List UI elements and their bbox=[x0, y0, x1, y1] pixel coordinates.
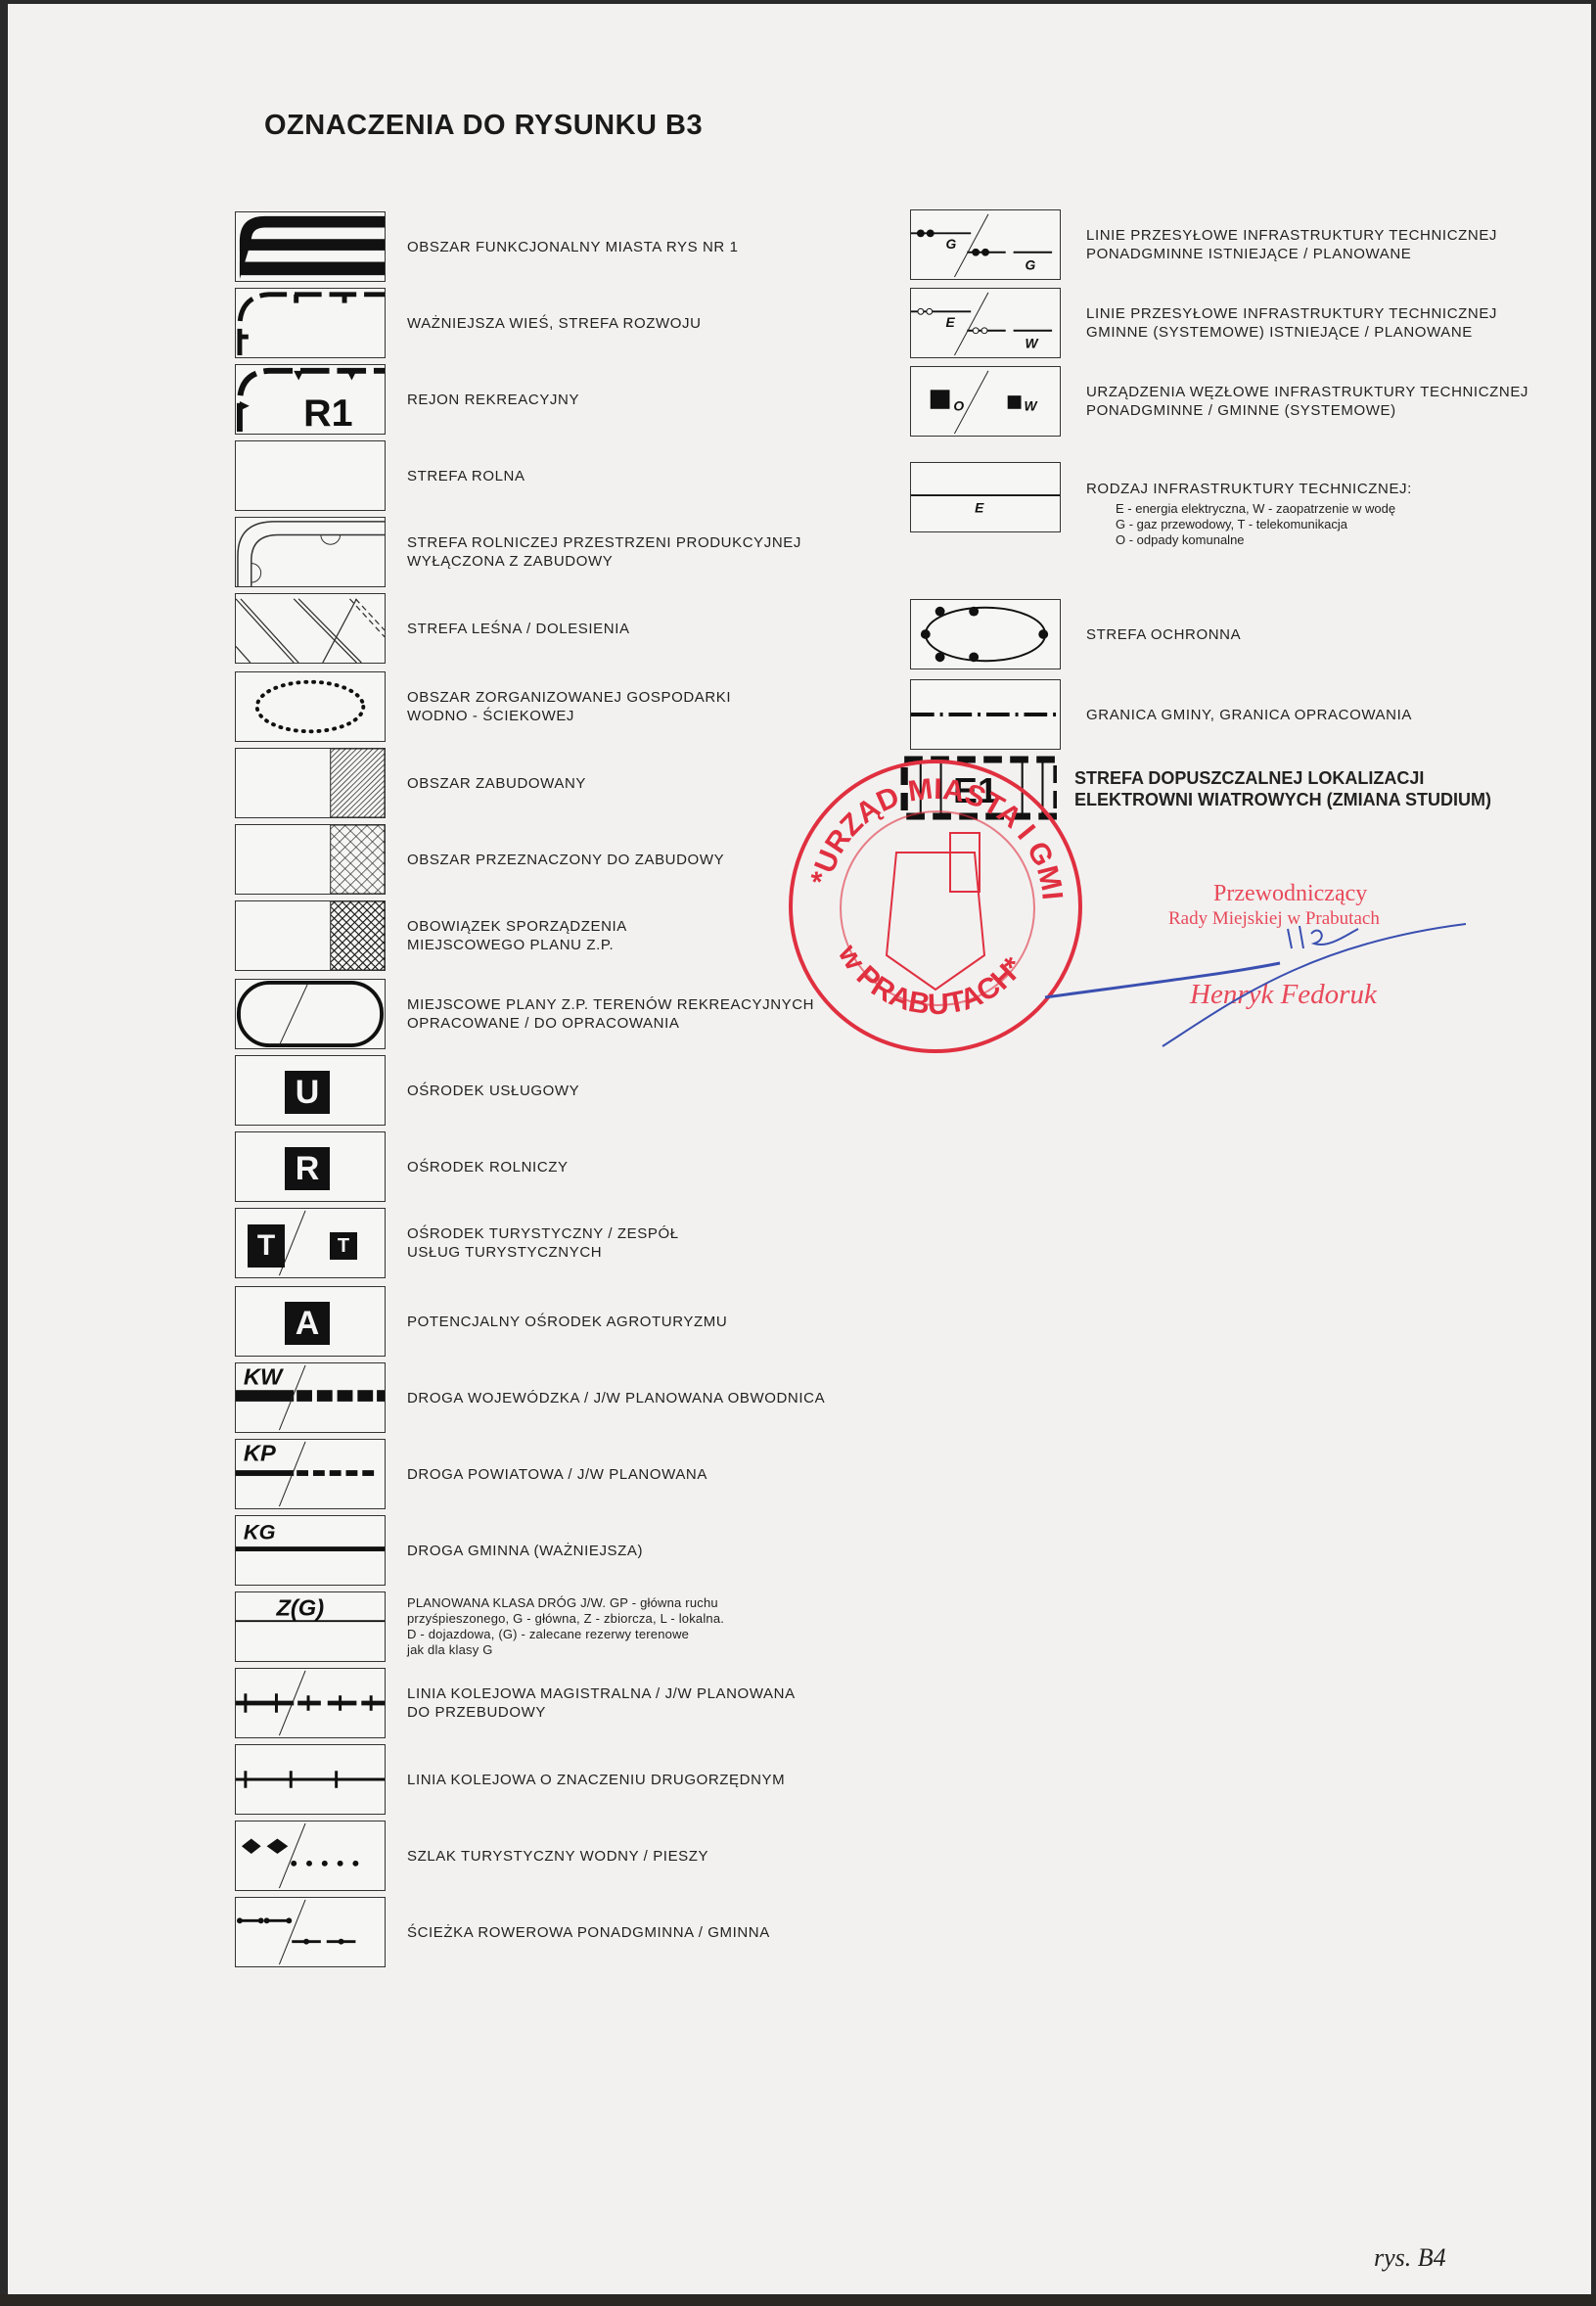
legend-label: OŚRODEK TURYSTYCZNY / ZESPÓŁ USŁUG TURYS… bbox=[407, 1224, 679, 1262]
agrotourism-center-icon: A bbox=[235, 1286, 386, 1357]
main-railway-icon bbox=[235, 1668, 386, 1738]
built-up-area-icon bbox=[235, 748, 386, 818]
supra-municipal-lines-icon: GG bbox=[910, 209, 1061, 280]
bicycle-path-icon bbox=[235, 1897, 386, 1967]
legend-label: STREFA ROLNA bbox=[407, 467, 525, 485]
letter-badge: R bbox=[285, 1147, 330, 1190]
svg-text:KW: KW bbox=[244, 1364, 284, 1390]
svg-text:KG: KG bbox=[244, 1519, 276, 1544]
municipal-road-icon: KG bbox=[235, 1515, 386, 1586]
tourist-trail-icon bbox=[235, 1821, 386, 1891]
infrastructure-type-icon: E bbox=[910, 462, 1061, 532]
letter-badge-small: T bbox=[330, 1232, 357, 1260]
secondary-railway-icon bbox=[235, 1744, 386, 1815]
legend-label: WAŻNIEJSZA WIEŚ, STREFA ROZWOJU bbox=[407, 314, 702, 333]
legend-label: DROGA POWIATOWA / J/W PLANOWANA bbox=[407, 1465, 707, 1484]
scan-edge bbox=[0, 2294, 1596, 2306]
svg-text:O: O bbox=[953, 399, 964, 414]
page-reference: rys. B4 bbox=[1374, 2243, 1446, 2273]
legend-sub-label: O - odpady komunalne bbox=[1116, 532, 1245, 548]
agricultural-zone-icon bbox=[235, 440, 386, 511]
svg-text:*URZĄD MIASTA I GMINY: *URZĄD MIASTA I GMINY bbox=[789, 760, 1069, 901]
legend-label: LINIE PRZESYŁOWE INFRASTRUKTURY TECHNICZ… bbox=[1086, 226, 1497, 263]
page-title: OZNACZENIA DO RYSUNKU B3 bbox=[264, 110, 703, 142]
svg-text:KP: KP bbox=[244, 1441, 276, 1466]
legend-label: LINIE PRZESYŁOWE INFRASTRUKTURY TECHNICZ… bbox=[1086, 304, 1497, 342]
legend-label: OBSZAR PRZEZNACZONY DO ZABUDOWY bbox=[407, 851, 724, 869]
handwritten-signature bbox=[1035, 904, 1476, 1061]
legend-sheet: OZNACZENIA DO RYSUNKU B3 OBSZAR FUNKCJON… bbox=[8, 4, 1591, 2294]
county-road-icon: KP bbox=[235, 1439, 386, 1509]
legend-label: STREFA LEŚNA / DOLESIENIA bbox=[407, 620, 630, 638]
legend-label: STREFA DOPUSZCZALNEJ LOKALIZACJI ELEKTRO… bbox=[1074, 767, 1491, 810]
legend-label: LINIA KOLEJOWA MAGISTRALNA / J/W PLANOWA… bbox=[407, 1684, 796, 1722]
village-development-zone-icon bbox=[235, 288, 386, 358]
functional-area-stripes-icon bbox=[235, 211, 386, 282]
legend-label: OŚRODEK USŁUGOWY bbox=[407, 1082, 579, 1100]
legend-label: OBSZAR FUNKCJONALNY MIASTA RYS NR 1 bbox=[407, 238, 739, 256]
svg-text:W: W bbox=[1024, 399, 1037, 414]
tourist-center-icon: TT bbox=[235, 1208, 386, 1278]
legend-label: STREFA ROLNICZEJ PRZESTRZENI PRODUKCYJNE… bbox=[407, 533, 801, 571]
letter-badge: U bbox=[285, 1071, 330, 1114]
legend-sub-label: E - energia elektryczna, W - zaopatrzeni… bbox=[1116, 501, 1395, 517]
voivodeship-road-icon: KW bbox=[235, 1362, 386, 1433]
legend-label: ŚCIEŻKA ROWEROWA PONADGMINNA / GMINNA bbox=[407, 1923, 770, 1942]
svg-text:E: E bbox=[975, 501, 984, 516]
letter-badge: T bbox=[248, 1224, 285, 1268]
svg-text:W: W bbox=[1025, 336, 1038, 350]
letter-badge: A bbox=[285, 1302, 330, 1345]
svg-text:R1: R1 bbox=[303, 392, 352, 434]
legend-label: RODZAJ INFRASTRUKTURY TECHNICZNEJ: bbox=[1086, 480, 1412, 498]
svg-text:Z(G): Z(G) bbox=[275, 1594, 324, 1620]
legend-label: OBOWIĄZEK SPORZĄDZENIA MIEJSCOWEGO PLANU… bbox=[407, 917, 627, 954]
service-center-icon: U bbox=[235, 1055, 386, 1126]
local-plan-obligation-icon bbox=[235, 900, 386, 971]
road-class-icon: Z(G) bbox=[235, 1591, 386, 1662]
agricultural-production-excluded-icon bbox=[235, 517, 386, 587]
municipal-boundary-icon bbox=[910, 679, 1061, 750]
recreation-local-plans-icon bbox=[235, 979, 386, 1049]
legend-label: SZLAK TURYSTYCZNY WODNY / PIESZY bbox=[407, 1847, 708, 1866]
legend-label: MIEJSCOWE PLANY Z.P. TERENÓW REKREACYJNY… bbox=[407, 995, 814, 1033]
recreation-region-icon: R1 bbox=[235, 364, 386, 435]
legend-label: URZĄDZENIA WĘZŁOWE INFRASTRUKTURY TECHNI… bbox=[1086, 383, 1528, 420]
legend-label: PLANOWANA KLASA DRÓG J/W. GP - główna ru… bbox=[407, 1595, 724, 1658]
signature-title: Przewodniczący bbox=[1213, 881, 1367, 907]
legend-label: STREFA OCHRONNA bbox=[1086, 625, 1241, 644]
legend-sub-label: G - gaz przewodowy, T - telekomunikacja bbox=[1116, 517, 1347, 532]
agricultural-center-icon: R bbox=[235, 1131, 386, 1202]
legend-label: REJON REKREACYJNY bbox=[407, 391, 579, 409]
legend-label: OŚRODEK ROLNICZY bbox=[407, 1158, 569, 1176]
svg-text:G: G bbox=[946, 237, 957, 252]
protective-zone-icon bbox=[910, 599, 1061, 669]
svg-text:w PRABUTACH*: w PRABUTACH* bbox=[831, 939, 1029, 1021]
water-sewage-area-icon bbox=[235, 671, 386, 742]
area-for-development-icon bbox=[235, 824, 386, 895]
legend-label: DROGA WOJEWÓDZKA / J/W PLANOWANA OBWODNI… bbox=[407, 1389, 825, 1407]
legend-label: POTENCJALNY OŚRODEK AGROTURYZMU bbox=[407, 1313, 727, 1331]
legend-label: LINIA KOLEJOWA O ZNACZENIU DRUGORZĘDNYM bbox=[407, 1771, 785, 1789]
legend-label: GRANICA GMINY, GRANICA OPRACOWANIA bbox=[1086, 706, 1412, 724]
nodal-devices-icon: OW bbox=[910, 366, 1061, 437]
legend-label: OBSZAR ZORGANIZOWANEJ GOSPODARKI WODNO -… bbox=[407, 688, 731, 725]
legend-label: DROGA GMINNA (WAŻNIEJSZA) bbox=[407, 1542, 643, 1560]
svg-text:G: G bbox=[1025, 257, 1035, 272]
forest-zone-icon bbox=[235, 593, 386, 664]
municipal-lines-icon: EW bbox=[910, 288, 1061, 358]
legend-label: OBSZAR ZABUDOWANY bbox=[407, 774, 586, 793]
svg-text:E: E bbox=[946, 315, 956, 330]
